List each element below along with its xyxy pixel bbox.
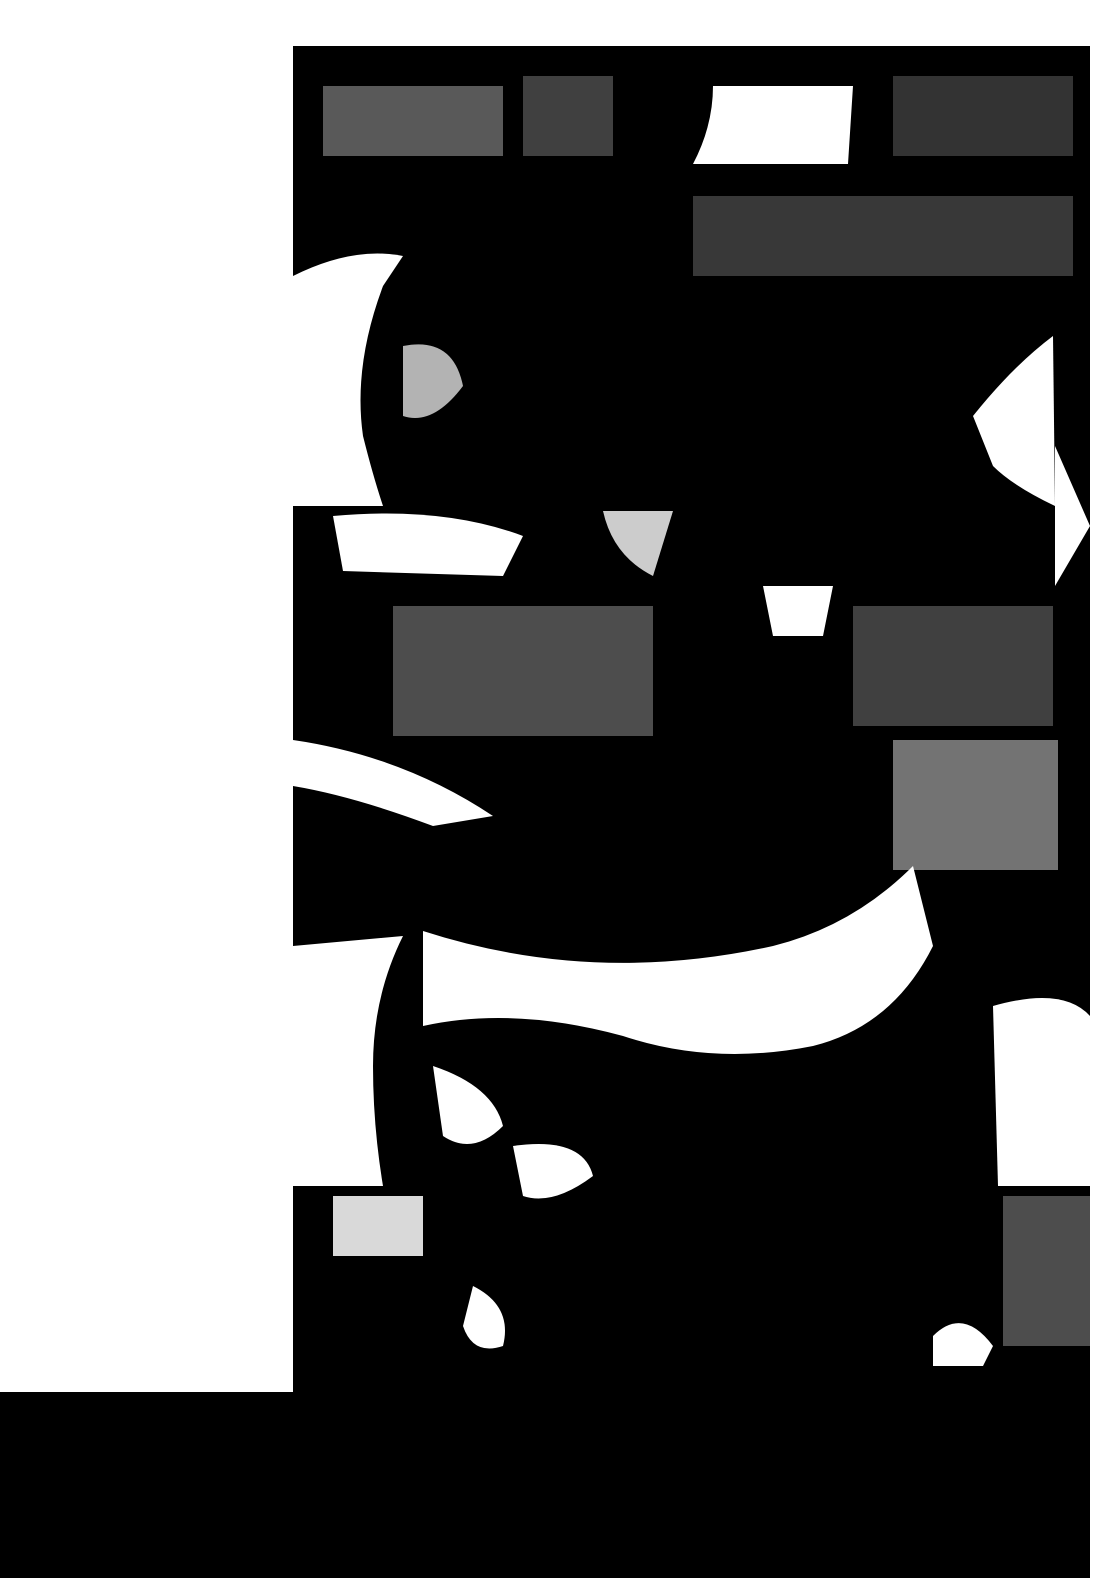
bottom-black-band bbox=[0, 1392, 1090, 1578]
strip-9 bbox=[333, 1196, 1090, 1366]
strip-5 bbox=[393, 586, 1053, 736]
strip-4 bbox=[333, 511, 673, 576]
strip-2 bbox=[293, 196, 1073, 286]
strip-7 bbox=[293, 866, 1090, 1199]
collage-shapes bbox=[293, 46, 1090, 1392]
collage-artwork bbox=[293, 46, 1090, 1392]
strip-1 bbox=[323, 76, 1073, 164]
strip-6 bbox=[293, 740, 1058, 870]
